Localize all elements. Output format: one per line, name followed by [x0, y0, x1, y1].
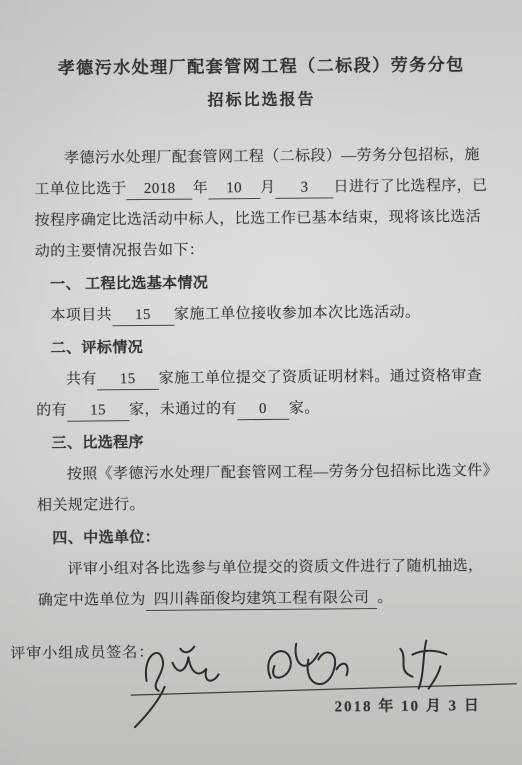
- section1-text-pre: 本项目共: [50, 307, 112, 324]
- blank-participant-count: 15: [112, 305, 174, 327]
- section2-text-pre: 共有: [66, 371, 97, 387]
- section1-heading: 一、 工程比选基本情况: [35, 266, 491, 301]
- blank-year: 2018: [127, 179, 193, 201]
- handwritten-signature-3: [400, 640, 446, 688]
- intro-sep-month: 月: [260, 180, 276, 196]
- section2-text-mid2: 家，未通过的有: [129, 401, 237, 418]
- document-title-line2: 招标比选报告: [33, 88, 489, 114]
- handwritten-signature-2: [268, 643, 348, 684]
- section2-heading: 二、评标情况: [36, 330, 492, 365]
- blank-passed-count: 15: [67, 400, 129, 422]
- scanned-page-photo: 孝德污水处理厂配套管网工程（二标段）劳务分包 招标比选报告 孝德污水处理厂配套管…: [0, 0, 522, 765]
- signature-row: 评审小组成员签名：: [10, 630, 521, 734]
- document-sheet: 孝德污水处理厂配套管网工程（二标段）劳务分包 招标比选报告 孝德污水处理厂配套管…: [0, 0, 522, 765]
- section3-heading: 三、比选程序: [36, 425, 492, 460]
- blank-month: 10: [208, 178, 260, 199]
- document-title-line1: 孝德污水处理厂配套管网工程（二标段）劳务分包: [33, 54, 489, 80]
- section1-body: 本项目共15家施工单位接收参加本次比选活动。: [35, 297, 491, 332]
- section1-text-post: 家施工单位接收参加本次比选活动。: [174, 305, 421, 323]
- section4-heading: 四、中选单位：: [37, 520, 493, 555]
- section2-text-post: 家。: [289, 400, 320, 416]
- section3-body: 按照《孝德污水处理厂配套管网工程—劳务分包招标比选文件》相关规定进行。: [37, 456, 494, 522]
- handwritten-signature-1: [134, 646, 219, 727]
- blank-day: 3: [275, 177, 333, 199]
- section2-body: 共有15家施工单位提交了资质证明材料。通过资格审查的有15家，未通过的有0家。: [36, 361, 493, 427]
- intro-sep-year: 年: [193, 180, 209, 196]
- intro-paragraph: 孝德污水处理厂配套管网工程（二标段）—劳务分包招标，施工单位比选于2018年10…: [34, 140, 491, 268]
- blank-submitted-count: 15: [97, 369, 159, 391]
- document-date: 2018 年 10 月 3 日: [334, 694, 480, 716]
- blank-failed-count: 0: [237, 399, 289, 420]
